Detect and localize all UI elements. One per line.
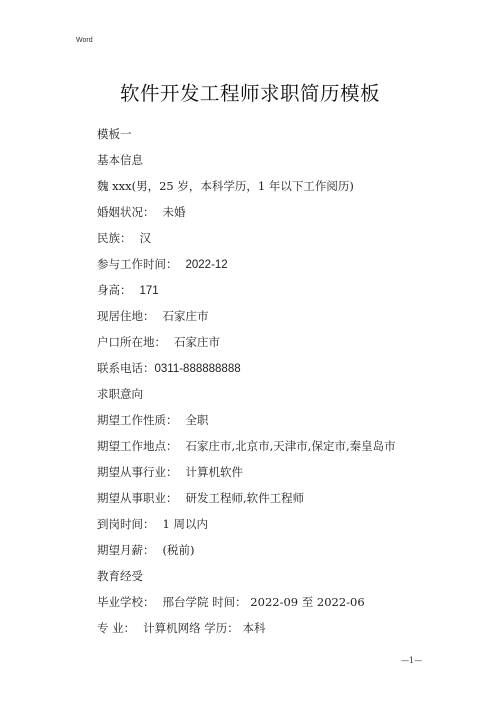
field-marital-status: 婚姻状况：未婚 — [97, 199, 396, 225]
field-height: 身高：171 — [97, 277, 396, 303]
field-occupation: 期望从事职业：研发工程师,软件工程师 — [97, 485, 396, 511]
field-ethnicity: 民族：汉 — [97, 225, 396, 251]
section-heading-basic-info: 基本信息 — [97, 147, 396, 173]
field-salary: 期望月薪：(税前) — [97, 537, 396, 563]
field-school: 毕业学校：邢台学院 时间： 2022-09 至 2022-06 — [97, 589, 396, 615]
section-heading-job-intent: 求职意向 — [97, 381, 396, 407]
field-work-start: 参与工作时间：2022-12 — [97, 251, 396, 277]
field-industry: 期望从事行业：计算机软件 — [97, 459, 396, 485]
document-title: 软件开发工程师求职简历模板 — [0, 78, 500, 106]
field-major: 专 业：计算机网络 学历： 本科 — [97, 615, 396, 641]
field-hukou: 户口所在地：石家庄市 — [97, 329, 396, 355]
page-number: —1— — [401, 656, 422, 665]
document-body: 模板一 基本信息 魏 xxx(男，25 岁，本科学历，1 年以下工作阅历) 婚姻… — [97, 121, 396, 641]
field-job-type: 期望工作性质：全职 — [97, 407, 396, 433]
section-heading-template: 模板一 — [97, 121, 396, 147]
field-job-location: 期望工作地点：石家庄市,北京市,天津市,保定市,秦皇岛市 — [97, 433, 396, 459]
header-app-label: Word — [76, 37, 93, 44]
field-phone: 联系电话：0311-888888888 — [97, 355, 396, 381]
field-current-residence: 现居住地：石家庄市 — [97, 303, 396, 329]
applicant-summary: 魏 xxx(男，25 岁，本科学历，1 年以下工作阅历) — [97, 173, 396, 199]
field-start-time: 到岗时间：1 周以内 — [97, 511, 396, 537]
section-heading-education: 教育经受 — [97, 563, 396, 589]
